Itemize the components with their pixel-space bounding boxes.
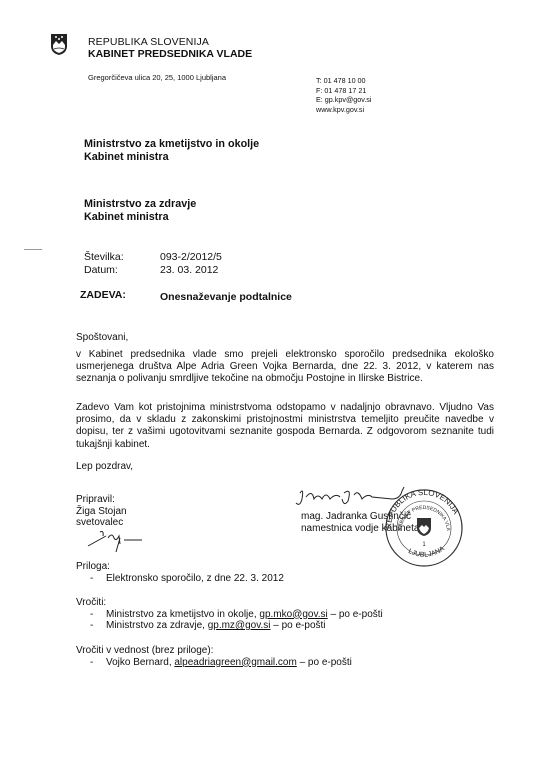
- delivery-section: Vročiti: - Ministrstvo za kmetijstvo in …: [76, 597, 383, 632]
- contact-email: E: gp.kpv@gov.si: [316, 95, 372, 105]
- recipient-1-office: Kabinet ministra: [84, 151, 259, 164]
- body-paragraph-2: Zadevo Vam kot pristojnima ministrstvoma…: [76, 402, 494, 451]
- contact-fax: F: 01 478 17 21: [316, 86, 372, 96]
- delivery-method: – po e-pošti: [270, 620, 325, 631]
- coat-of-arms-icon: [50, 32, 68, 56]
- attachment-item: - Elektronsko sporočilo, z dne 22. 3. 20…: [76, 573, 284, 585]
- delivery-recipient: Ministrstvo za kmetijstvo in okolje,: [106, 609, 259, 620]
- letterhead-address: Gregorčičeva ulica 20, 25, 1000 Ljubljan…: [88, 73, 226, 82]
- delivery-item: - Ministrstvo za zdravje, gp.mz@gov.si –…: [76, 620, 383, 632]
- delivery-title: Vročiti:: [76, 597, 383, 609]
- date-label: Datum:: [84, 264, 124, 277]
- attachment-text: Elektronsko sporočilo, z dne 22. 3. 2012: [106, 573, 284, 584]
- closing: Lep pozdrav,: [76, 461, 494, 473]
- delivery-email-link[interactable]: gp.mz@gov.si: [208, 620, 271, 631]
- prepared-by-label: Pripravil:: [76, 494, 127, 506]
- svg-text:LJUBLJANA: LJUBLJANA: [407, 545, 446, 559]
- recipient-2-office: Kabinet ministra: [84, 211, 196, 224]
- cc-section: Vročiti v vednost (brez priloge): - Vojk…: [76, 645, 352, 668]
- prepared-by-name: Žiga Stojan: [76, 506, 127, 518]
- number-label: Številka:: [84, 251, 124, 264]
- delivery-method: – po e-pošti: [328, 609, 383, 620]
- recipient-1: Ministrstvo za kmetijstvo in okolje Kabi…: [84, 138, 259, 164]
- delivery-email-link[interactable]: gp.mko@gov.si: [259, 609, 327, 620]
- contact-website: www.kpv.gov.si: [316, 105, 372, 115]
- meta-labels: Številka: Datum:: [84, 251, 124, 276]
- cc-item: - Vojko Bernard, alpeadriagreen@gmail.co…: [76, 657, 352, 669]
- svg-text:1: 1: [422, 542, 426, 548]
- letterhead-office: KABINET PREDSEDNIKA VLADE: [88, 48, 252, 60]
- contact-phone: T: 01 478 10 00: [316, 76, 372, 86]
- meta-values: 093-2/2012/5 23. 03. 2012: [160, 251, 222, 276]
- greeting: Spoštovani,: [76, 332, 494, 344]
- recipient-2: Ministrstvo za zdravje Kabinet ministra: [84, 198, 196, 224]
- cc-title: Vročiti v vednost (brez priloge):: [76, 645, 352, 657]
- recipient-2-ministry: Ministrstvo za zdravje: [84, 198, 196, 211]
- official-stamp-icon: REPUBLIKA SLOVENIJA KABINET PREDSEDNIKA …: [384, 488, 464, 568]
- letterhead-republic: REPUBLIKA SLOVENIJA: [88, 36, 209, 48]
- cc-recipient: Vojko Bernard,: [106, 657, 174, 668]
- cc-method: – po e-pošti: [297, 657, 352, 668]
- letterhead-contact: T: 01 478 10 00 F: 01 478 17 21 E: gp.kp…: [316, 76, 372, 114]
- cc-email-link[interactable]: alpeadriagreen@gmail.com: [174, 657, 296, 668]
- delivery-item: - Ministrstvo za kmetijstvo in okolje, g…: [76, 609, 383, 621]
- attachments-title: Priloga:: [76, 561, 284, 573]
- attachments-section: Priloga: - Elektronsko sporočilo, z dne …: [76, 561, 284, 584]
- signature-preparer-icon: [86, 524, 146, 554]
- date-value: 23. 03. 2012: [160, 264, 222, 277]
- number-value: 093-2/2012/5: [160, 251, 222, 264]
- body-paragraph-1: v Kabinet predsednika vlade smo prejeli …: [76, 349, 494, 386]
- delivery-recipient: Ministrstvo za zdravje,: [106, 620, 208, 631]
- recipient-1-ministry: Ministrstvo za kmetijstvo in okolje: [84, 138, 259, 151]
- fold-mark: [24, 249, 42, 250]
- subject-value: Onesnaževanje podtalnice: [160, 291, 292, 303]
- subject-label: ZADEVA:: [80, 289, 126, 301]
